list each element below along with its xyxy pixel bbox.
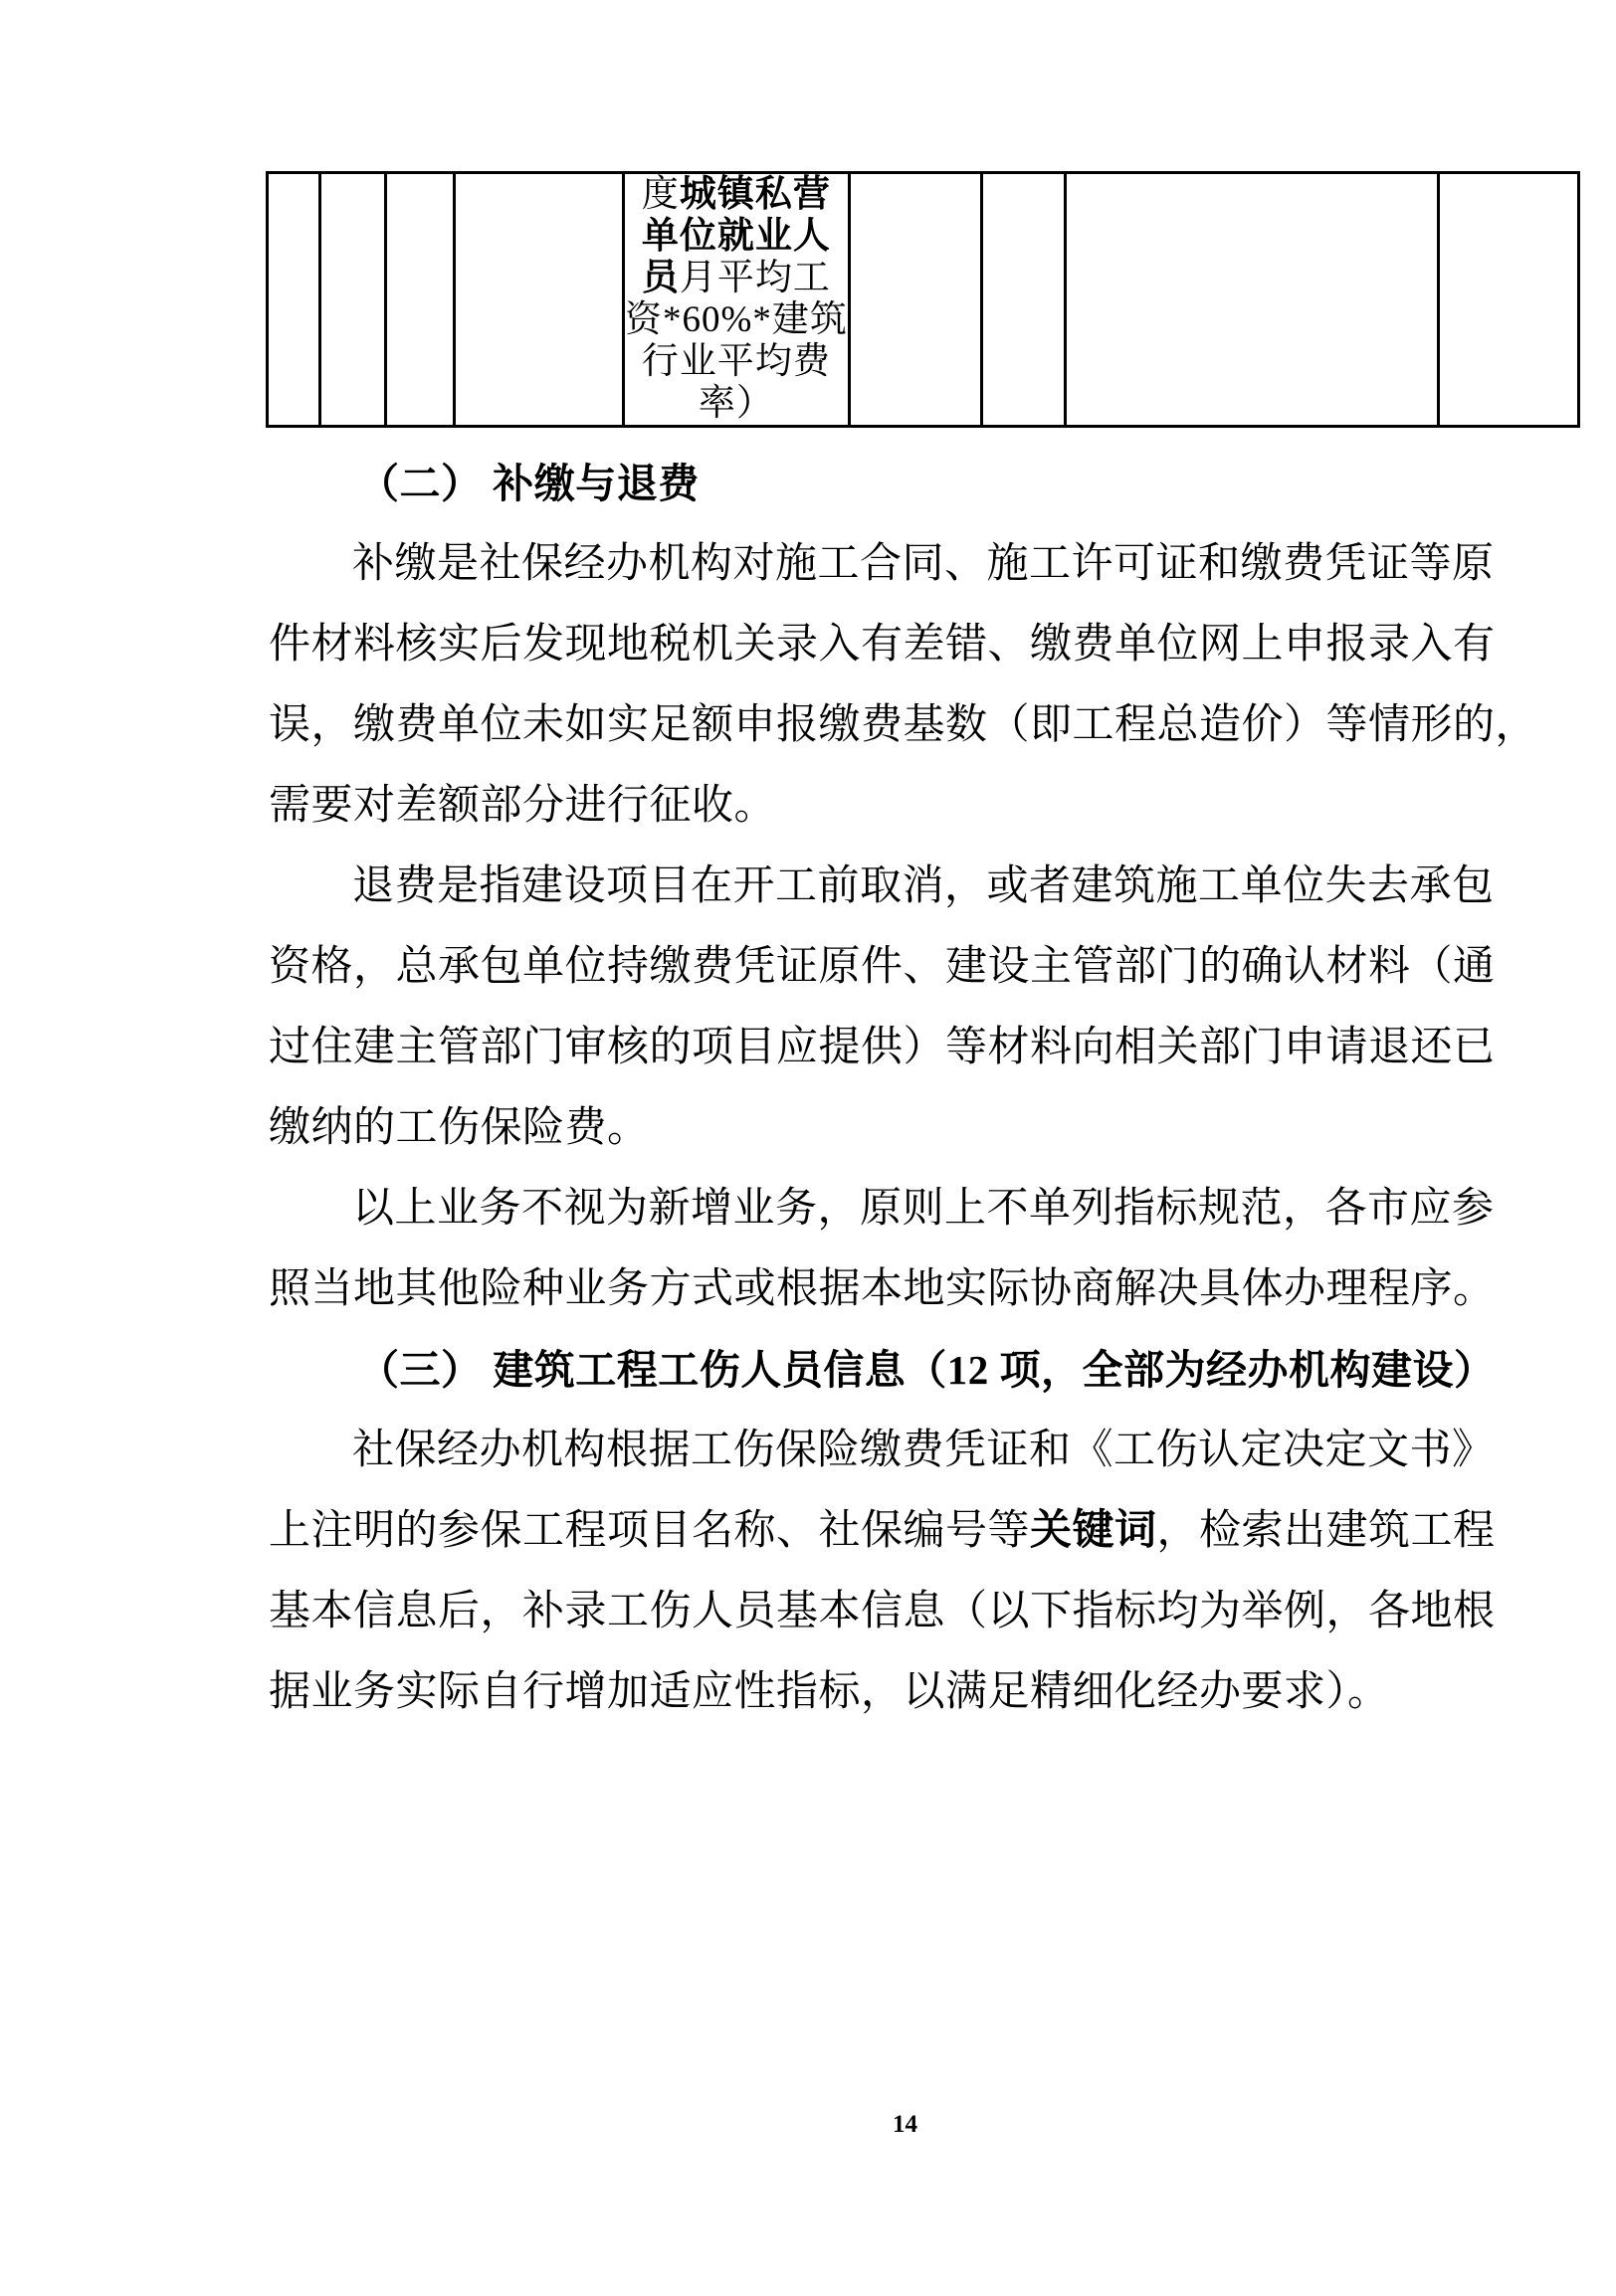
section-heading: （三） 建筑工程工伤人员信息（12 项，全部为经办机构建设） <box>269 1330 1520 1411</box>
bold-text: 员 <box>642 258 680 298</box>
text-line: 件材料核实后发现地税机关录入有差错、缴费单位网上申报录入有 <box>269 605 1520 685</box>
table-cell-text: 度城镇私营单位就业人员月平均工资*60%*建筑行业平均费率） <box>625 174 848 425</box>
text-line: 缴纳的工伤保险费。 <box>269 1088 1520 1169</box>
text-line: 基本信息后，补录工伤人员基本信息（以下指标均为举例，各地根 <box>269 1572 1520 1652</box>
body-text: （二） 补缴与退费补缴是社保经办机构对施工合同、施工许可证和缴费凭证等原件材料核… <box>269 444 1520 1733</box>
text-line: 需要对差额部分进行征收。 <box>269 766 1520 847</box>
table-cell-empty <box>1065 173 1438 427</box>
section-heading: （二） 补缴与退费 <box>269 444 1520 524</box>
plain-text: （三） 建筑工程工伤人员信息（12 项，全部为经办机构建设） <box>358 1347 1496 1393</box>
plain-text: 社保经办机构根据工伤保险缴费凭证和《工伤认定决定文书》 <box>352 1428 1495 1473</box>
text-line: 以上业务不视为新增业务，原则上不单列指标规范，各市应参 <box>269 1169 1520 1249</box>
plain-text: 资格，总承包单位持缴费凭证原件、建设主管部门的确认材料（通 <box>269 944 1496 990</box>
text-line: 补缴是社保经办机构对施工合同、施工许可证和缴费凭证等原 <box>269 524 1520 605</box>
plain-text: 以上业务不视为新增业务，原则上不单列指标规范，各市应参 <box>352 1186 1495 1232</box>
table-fragment: 度城镇私营单位就业人员月平均工资*60%*建筑行业平均费率） <box>266 171 1580 428</box>
table-cell-empty <box>455 173 624 427</box>
text-line: 社保经办机构根据工伤保险缴费凭证和《工伤认定决定文书》 <box>269 1411 1520 1491</box>
plain-text: 基本信息后，补录工伤人员基本信息（以下指标均为举例，各地根 <box>269 1589 1496 1634</box>
table-cell-formula: 度城镇私营单位就业人员月平均工资*60%*建筑行业平均费率） <box>624 173 850 427</box>
text-line: 行业平均费 <box>625 341 848 383</box>
bold-text: 城镇私营 <box>680 174 831 215</box>
text-line: 退费是指建设项目在开工前取消，或者建筑施工单位失去承包 <box>269 847 1520 927</box>
text-line: 上注明的参保工程项目名称、社保编号等关键词，检索出建筑工程 <box>269 1491 1520 1572</box>
plain-text: 过住建主管部门审核的项目应提供）等材料向相关部门申请退还已 <box>269 1025 1496 1070</box>
plain-text: 资*60%*建筑 <box>625 299 848 340</box>
table-cell-empty <box>268 173 320 427</box>
table-cell-empty <box>320 173 386 427</box>
document-page: 度城镇私营单位就业人员月平均工资*60%*建筑行业平均费率） （二） 补缴与退费… <box>0 0 1616 2296</box>
table-cell-empty <box>1438 173 1578 427</box>
plain-text: 退费是指建设项目在开工前取消，或者建筑施工单位失去承包 <box>352 863 1495 909</box>
plain-text: 补缴是社保经办机构对施工合同、施工许可证和缴费凭证等原 <box>352 541 1495 587</box>
text-line: 单位就业人 <box>625 216 848 258</box>
plain-text: 缴纳的工伤保险费。 <box>269 1105 650 1151</box>
text-line: 度城镇私营 <box>625 174 848 216</box>
table-cell-empty <box>981 173 1065 427</box>
plain-text: 上注明的参保工程项目名称、社保编号等 <box>269 1508 1030 1554</box>
plain-text: 照当地其他险种业务方式或根据本地实际协商解决具体办理程序。 <box>269 1266 1496 1312</box>
text-line: 资*60%*建筑 <box>625 299 848 341</box>
plain-text: 度 <box>642 174 680 215</box>
bold-text: 关键词 <box>1030 1508 1157 1554</box>
text-line: 员月平均工 <box>625 258 848 299</box>
plain-text: 需要对差额部分进行征收。 <box>269 783 776 829</box>
table-cell-empty <box>386 173 455 427</box>
plain-text: 据业务实际自行增加适应性指标，以满足精细化经办要求）。 <box>269 1669 1390 1715</box>
text-line: 照当地其他险种业务方式或根据本地实际协商解决具体办理程序。 <box>269 1249 1520 1330</box>
bold-text: 单位就业人 <box>642 216 831 257</box>
plain-text: 行业平均费 <box>642 341 831 382</box>
plain-text: ，检索出建筑工程 <box>1157 1508 1496 1554</box>
plain-text: 误，缴费单位未如实足额申报缴费基数（即工程总造价）等情形的， <box>269 702 1537 748</box>
table-row: 度城镇私营单位就业人员月平均工资*60%*建筑行业平均费率） <box>268 173 1579 427</box>
plain-text: （二） 补缴与退费 <box>358 461 700 506</box>
table-cell-empty <box>849 173 981 427</box>
page-number: 14 <box>893 2111 917 2139</box>
plain-text: 率） <box>699 383 774 424</box>
text-line: 据业务实际自行增加适应性指标，以满足精细化经办要求）。 <box>269 1652 1520 1733</box>
text-line: 误，缴费单位未如实足额申报缴费基数（即工程总造价）等情形的， <box>269 685 1520 766</box>
text-line: 率） <box>625 383 848 425</box>
text-line: 过住建主管部门审核的项目应提供）等材料向相关部门申请退还已 <box>269 1008 1520 1088</box>
plain-text: 月平均工 <box>680 258 831 298</box>
plain-text: 件材料核实后发现地税机关录入有差错、缴费单位网上申报录入有 <box>269 622 1496 668</box>
text-line: 资格，总承包单位持缴费凭证原件、建设主管部门的确认材料（通 <box>269 927 1520 1008</box>
